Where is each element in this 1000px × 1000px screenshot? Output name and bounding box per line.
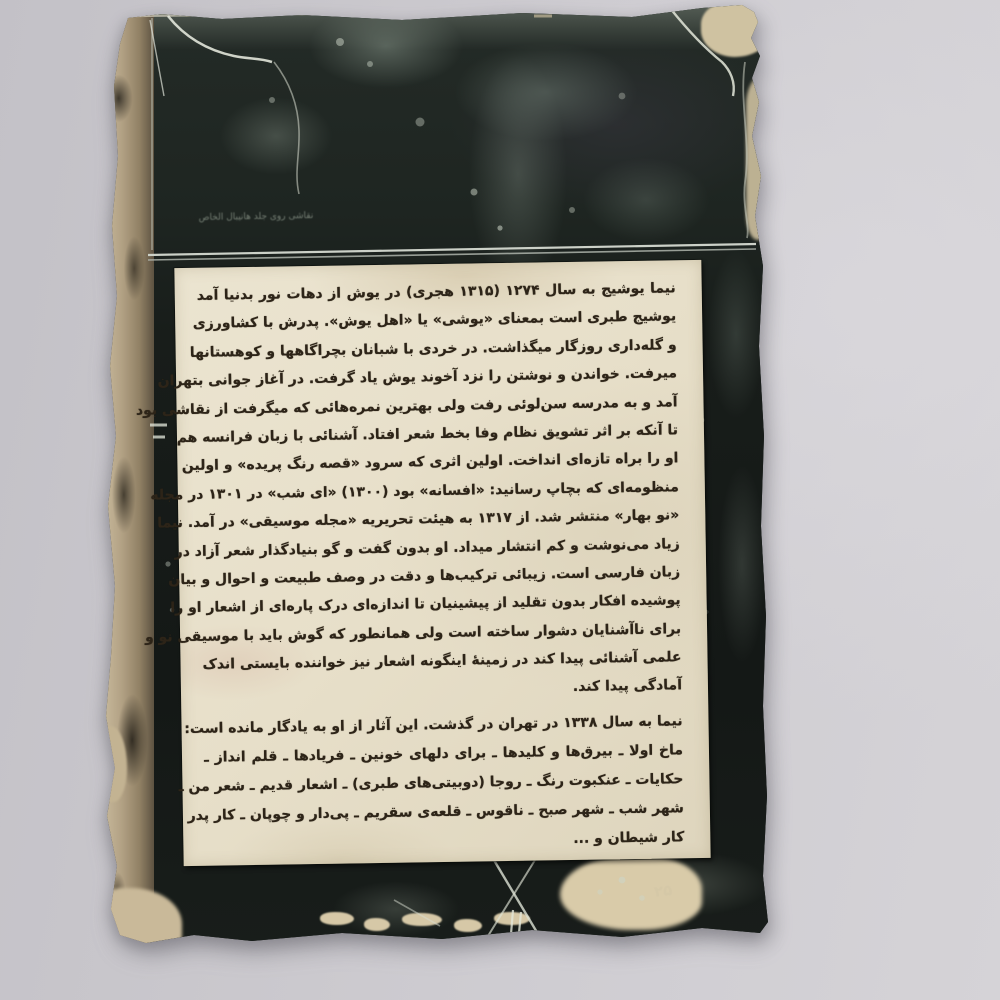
worn-patch-bottom — [560, 856, 702, 930]
photo-background: نقاشی روی جلد هانیبال الخاص نیما یوشیج ب… — [0, 0, 1000, 1000]
worn-chip — [402, 913, 442, 926]
worn-patch-right-edge — [746, 76, 772, 240]
book-spine-edge — [102, 4, 154, 948]
worn-chip — [454, 919, 482, 932]
label-paragraph-works: نیما به سال ۱۳۳۸ در تهران در گذشت. این آ… — [203, 707, 684, 860]
label-paragraph-bio: نیما یوشیج به سال ۱۲۷۴ (۱۳۱۵ هجری) در یو… — [197, 274, 683, 707]
worn-patch-top-right — [701, 1, 773, 57]
book-back-cover: نقاشی روی جلد هانیبال الخاص نیما یوشیج ب… — [102, 4, 770, 948]
pencil-mark: ۲۵ — [653, 881, 673, 901]
worn-chip — [320, 912, 354, 925]
worn-chip — [494, 912, 530, 925]
book: نقاشی روی جلد هانیبال الخاص نیما یوشیج ب… — [102, 4, 770, 948]
back-cover-label: نیما یوشیج به سال ۱۲۷۴ (۱۳۱۵ هجری) در یو… — [174, 260, 710, 866]
worn-chip — [364, 918, 390, 931]
cover-credit-text: نقاشی روی جلد هانیبال الخاص — [186, 208, 326, 226]
